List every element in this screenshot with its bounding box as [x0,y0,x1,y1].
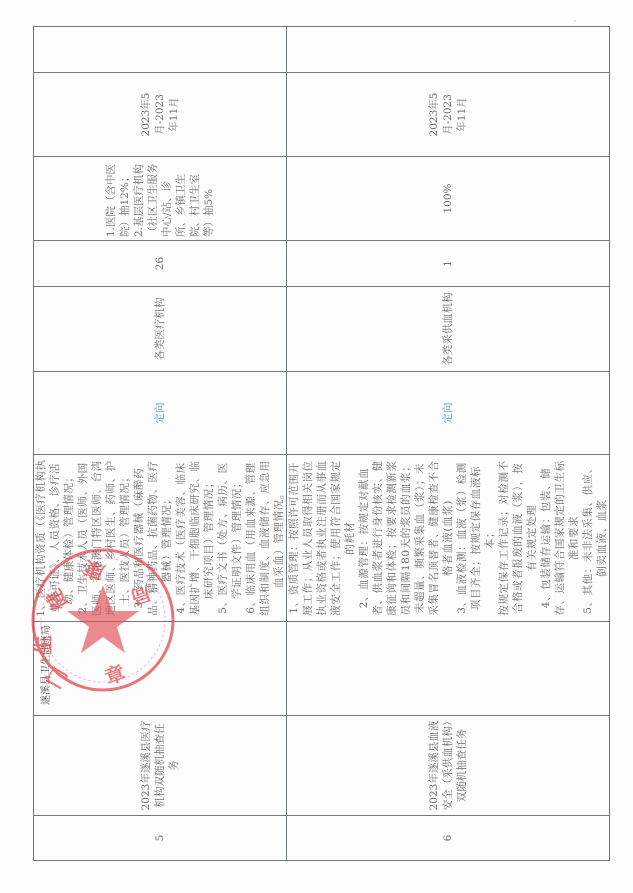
content-line: 6、临床用血（用血来源、管理组织和制度、血液储存、应急用血采血）管理情况。 [244,458,286,618]
table-row: 5 2023年遂溪县医疗机构双随机抽查任务 遂溪县卫生健康局 1、医疗机构资质（… [34,27,287,861]
ratio-cell: 1.医院（含中医院）抽12%； 2.基层医疗机构（社区卫生服务中心/站、诊所、乡… [34,157,287,241]
task-name-cell: 2023年遂溪县血液安全（采供血机构）双随机抽查任务 [287,716,610,816]
department-cell [287,622,610,716]
method-cell: 定向 [287,372,610,455]
ratio-cell: 100% [287,157,610,241]
content-line: 5、医疗文书（处方、病历、医学证明文件）管理情况； [216,458,244,618]
content-line: 4、包装储存运输：包装、储存、运输符合国家规定的卫生标准和要求 [539,458,581,618]
content-cell: 1、医疗机构资质（《医疗机构执业许可证》、人员资格、诊疗活动、健康体检）管理情况… [34,455,287,622]
method-text: 定向 [154,403,166,424]
rotated-table-wrapper: 5 2023年遂溪县医疗机构双随机抽查任务 遂溪县卫生健康局 1、医疗机构资质（… [33,27,516,861]
seq-cell: 5 [34,816,287,861]
content-line: 2、血源管理：按规定对献血者、供血浆者进行身份核实、健康征询和体检；按要求检测新… [357,458,455,618]
count-cell: 1 [287,241,610,287]
time-cell: 2023年5月-2023年11月 [34,73,287,157]
objects-cell: 各类医疗机构 [34,287,287,372]
table-row: 6 2023年遂溪县血液安全（采供血机构）双随机抽查任务 1、资质管理：按照许可… [287,27,610,861]
ratio-line: 1.医院（含中医院）抽12%； [104,160,132,237]
department-text: 遂溪县卫生健康局 [40,625,54,712]
seq-cell: 6 [287,816,610,861]
department-cell: 遂溪县卫生健康局 [34,622,287,716]
scan-artifact [574,20,576,22]
remark-cell [287,27,610,73]
content-line: 5、其他：未非法采集、供应、倒卖血液、血浆 [581,458,609,618]
content-line: 按规定保存工作记录；对检测不合格或者报废的血液（浆），按有关规定处理 [497,458,539,618]
time-cell: 2023年5月-2023年11月 [287,73,610,157]
objects-cell: 各类采供血机构 [287,287,610,372]
content-line: 2、卫生技术人员（医师、外国医师、香港澳门特区医师、台湾地区医师、乡村医生、药师… [76,458,132,618]
count-cell: 26 [34,241,287,287]
content-line: 3、药品和医疗器械（麻醉药品、精神药品、抗菌药物、医疗器械）管理情况； [132,458,174,618]
content-line: 1、医疗机构资质（《医疗机构执业许可证》、人员资格、诊疗活动、健康体检）管理情况… [34,458,76,618]
content-line: 4、医疗技术（医疗美容、临床基因扩增、干细胞临床研究、临床研究项目）管理情况； [174,458,216,618]
ratio-line: 100% [441,160,455,237]
content-cell: 1、资质管理：按照许可范围开展工作；从业人员取得相关岗位执业资格或者执业注册而从… [287,455,610,622]
content-line: 1、资质管理：按照许可范围开展工作；从业人员取得相关岗位执业资格或者执业注册而从… [287,458,357,618]
scanned-page: 5 2023年遂溪县医疗机构双随机抽查任务 遂溪县卫生健康局 1、医疗机构资质（… [0,0,633,893]
method-cell: 定向 [34,372,287,455]
remark-cell [34,27,287,73]
method-text: 定向 [442,403,454,424]
inspection-task-table: 5 2023年遂溪县医疗机构双随机抽查任务 遂溪县卫生健康局 1、医疗机构资质（… [33,26,610,861]
content-line: 3、血液检测：血液（浆）检测项目齐全；按规定保存血液标本； [455,458,497,618]
ratio-line: 2.基层医疗机构（社区卫生服务中心/站、诊所、乡镇卫生院、村卫生室等）抽5% [132,160,216,237]
task-name-cell: 2023年遂溪县医疗机构双随机抽查任务 [34,716,287,816]
